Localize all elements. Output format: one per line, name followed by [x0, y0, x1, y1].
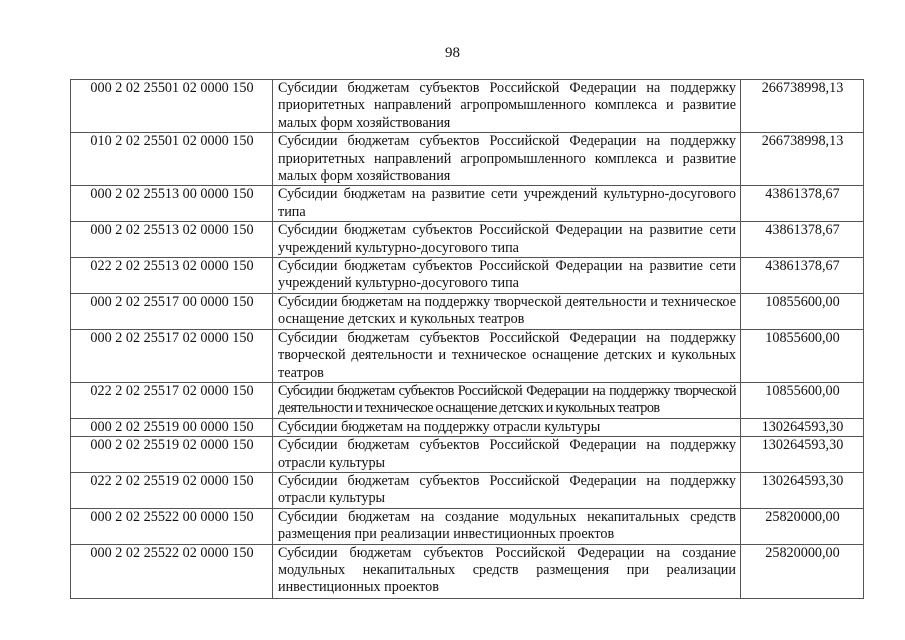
revenue-name-cell: Субсидии бюджетам субъектов Российской Ф… [273, 222, 741, 258]
amount-cell: 25820000,00 [741, 508, 864, 544]
table-row: 000 2 02 25522 00 0000 150 Субсидии бюдж… [71, 508, 864, 544]
amount-cell: 43861378,67 [741, 258, 864, 294]
revenue-name-cell: Субсидии бюджетам субъектов Российской Ф… [273, 544, 741, 598]
amount-cell: 130264593,30 [741, 472, 864, 508]
revenue-name-cell: Субсидии бюджетам субъектов Российской Ф… [273, 258, 741, 294]
table-row: 000 2 02 25517 00 0000 150 Субсидии бюдж… [71, 293, 864, 329]
amount-cell: 10855600,00 [741, 293, 864, 329]
amount-cell: 266738998,13 [741, 80, 864, 133]
page-number: 98 [0, 44, 905, 62]
amount-cell: 25820000,00 [741, 544, 864, 598]
budget-code-cell: 000 2 02 25519 00 0000 150 [71, 418, 273, 436]
revenue-name-cell: Субсидии бюджетам субъектов Российской Ф… [273, 329, 741, 382]
revenue-name-cell: Субсидии бюджетам на поддержку творческо… [273, 293, 741, 329]
table-row: 022 2 02 25519 02 0000 150 Субсидии бюдж… [71, 472, 864, 508]
table-row: 000 2 02 25513 00 0000 150 Субсидии бюдж… [71, 186, 864, 222]
amount-cell: 10855600,00 [741, 329, 864, 382]
budget-code-cell: 000 2 02 25513 00 0000 150 [71, 186, 273, 222]
revenue-name-cell: Субсидии бюджетам субъектов Российской Ф… [273, 382, 741, 418]
budget-code-cell: 000 2 02 25522 02 0000 150 [71, 544, 273, 598]
revenue-name-cell: Субсидии бюджетам субъектов Российской Ф… [273, 472, 741, 508]
table-row: 000 2 02 25517 02 0000 150 Субсидии бюдж… [71, 329, 864, 382]
table-row: 000 2 02 25501 02 0000 150 Субсидии бюдж… [71, 80, 864, 133]
budget-code-cell: 000 2 02 25517 02 0000 150 [71, 329, 273, 382]
budget-code-cell: 000 2 02 25519 02 0000 150 [71, 437, 273, 473]
budget-code-cell: 000 2 02 25522 00 0000 150 [71, 508, 273, 544]
budget-code-cell: 010 2 02 25501 02 0000 150 [71, 133, 273, 186]
amount-cell: 266738998,13 [741, 133, 864, 186]
revenue-name-cell: Субсидии бюджетам на развитие сети учреж… [273, 186, 741, 222]
table-row: 010 2 02 25501 02 0000 150 Субсидии бюдж… [71, 133, 864, 186]
revenue-name-cell: Субсидии бюджетам субъектов Российской Ф… [273, 133, 741, 186]
budget-code-cell: 000 2 02 25517 00 0000 150 [71, 293, 273, 329]
revenue-name-cell: Субсидии бюджетам на создание модульных … [273, 508, 741, 544]
amount-cell: 10855600,00 [741, 382, 864, 418]
budget-code-cell: 000 2 02 25513 02 0000 150 [71, 222, 273, 258]
table-row: 000 2 02 25519 02 0000 150 Субсидии бюдж… [71, 437, 864, 473]
budget-code-cell: 022 2 02 25517 02 0000 150 [71, 382, 273, 418]
table-row: 000 2 02 25522 02 0000 150 Субсидии бюдж… [71, 544, 864, 598]
table-row: 022 2 02 25517 02 0000 150 Субсидии бюдж… [71, 382, 864, 418]
revenue-name-cell: Субсидии бюджетам на поддержку отрасли к… [273, 418, 741, 436]
amount-cell: 130264593,30 [741, 437, 864, 473]
revenue-name-cell: Субсидии бюджетам субъектов Российской Ф… [273, 437, 741, 473]
budget-code-cell: 000 2 02 25501 02 0000 150 [71, 80, 273, 133]
amount-cell: 130264593,30 [741, 418, 864, 436]
amount-cell: 43861378,67 [741, 222, 864, 258]
budget-code-cell: 022 2 02 25519 02 0000 150 [71, 472, 273, 508]
revenue-name-cell: Субсидии бюджетам субъектов Российской Ф… [273, 80, 741, 133]
table-row: 000 2 02 25513 02 0000 150 Субсидии бюдж… [71, 222, 864, 258]
budget-code-cell: 022 2 02 25513 02 0000 150 [71, 258, 273, 294]
table-row: 000 2 02 25519 00 0000 150 Субсидии бюдж… [71, 418, 864, 436]
amount-cell: 43861378,67 [741, 186, 864, 222]
table-row: 022 2 02 25513 02 0000 150 Субсидии бюдж… [71, 258, 864, 294]
budget-revenue-table: 000 2 02 25501 02 0000 150 Субсидии бюдж… [70, 79, 864, 599]
